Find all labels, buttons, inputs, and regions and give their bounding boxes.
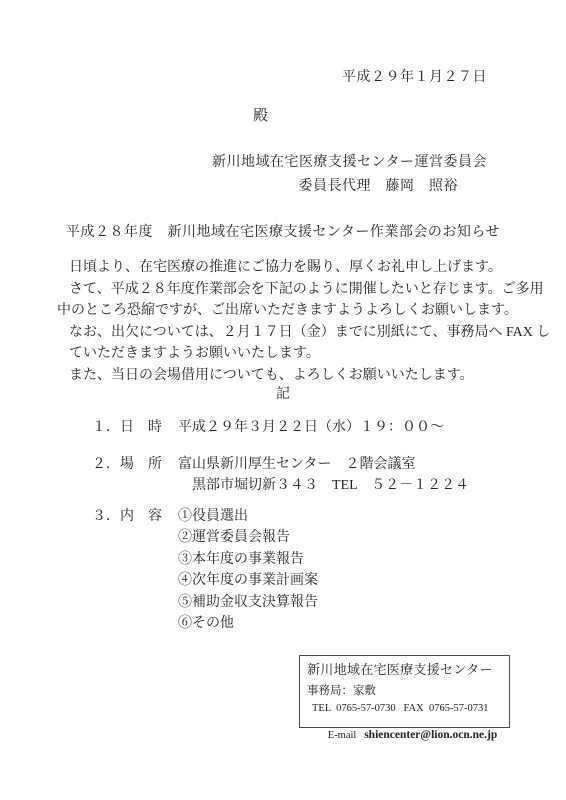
item-datetime: １．日 時 平成２９年３月２２日（水）１９：００～ — [92, 417, 469, 439]
email-label: E-mail — [328, 730, 364, 741]
agenda-line: ②運営委員会報告 — [178, 527, 318, 549]
body-line: 日頃より、在宅医療の推進にご協力を賜り、厚くお礼申し上げます。 — [57, 257, 550, 279]
body-line: なお、出欠については、２月１７日（金）までに別紙にて、事務局へ FAX し — [57, 322, 550, 344]
document-title: 平成２８年度 新川地域在宅医療支援センター作業部会のお知らせ — [0, 221, 566, 241]
contact-office: 事務局：家敷 — [307, 682, 505, 698]
item-content: ①役員選出 ②運営委員会報告 ③本年度の事業報告 ④次年度の事業計画案 ⑤補助金… — [178, 506, 318, 635]
agenda-line: ⑥その他 — [178, 613, 318, 635]
sender-person: 委員長代理 藤岡 照裕 — [299, 175, 459, 195]
item-label: ２．場 所 — [92, 454, 178, 476]
agenda-line: ①役員選出 — [178, 506, 318, 528]
date-line: 平成２９年１月２７日 — [342, 66, 487, 86]
item-content: 平成２９年３月２２日（水）１９：００～ — [178, 417, 444, 439]
agenda-line: ④次年度の事業計画案 — [178, 570, 318, 592]
contact-organization: 新川地域在宅医療支援センター — [307, 659, 505, 678]
item-label: １．日 時 — [92, 417, 178, 439]
agenda-line: ③本年度の事業報告 — [178, 549, 318, 571]
item-content-line: 平成２９年３月２２日（水）１９：００～ — [178, 417, 444, 439]
record-mark: 記 — [0, 383, 566, 403]
contact-tel-fax: TEL 0765-57-0730 FAX 0765-57-0731 — [307, 703, 505, 714]
body-line: さて、平成２８年度作業部会を下記のように開催したいと存じます。ご多用 — [57, 279, 550, 301]
item-location: ２．場 所 富山県新川厚生センター ２階会議室 黒部市堀切新３４３ TEL ５２… — [92, 454, 469, 497]
item-content-line: 黒部市堀切新３４３ TEL ５２－１２２４ — [178, 475, 469, 497]
letter-page: 平成２９年１月２７日 殿 新川地域在宅医療支援センター運営委員会 委員長代理 藤… — [0, 0, 566, 800]
item-content-line: 富山県新川厚生センター ２階会議室 — [178, 454, 469, 476]
item-content: 富山県新川厚生センター ２階会議室 黒部市堀切新３４３ TEL ５２－１２２４ — [178, 454, 469, 497]
addressee-suffix: 殿 — [253, 104, 268, 125]
body-line: 中のところ恐縮ですが、ご出席いただきますようよろしくお願いします。 — [57, 300, 550, 322]
meeting-details: １．日 時 平成２９年３月２２日（水）１９：００～ ２．場 所 富山県新川厚生セ… — [92, 417, 469, 635]
item-agenda: ３．内 容 ①役員選出 ②運営委員会報告 ③本年度の事業報告 ④次年度の事業計画… — [92, 506, 469, 635]
item-label: ３．内 容 — [92, 506, 178, 528]
sender-organization: 新川地域在宅医療支援センター運営委員会 — [212, 151, 487, 171]
email-address: shiencenter@lion.ocn.ne.jp — [364, 729, 497, 741]
contact-box: 新川地域在宅医療支援センター 事務局：家敷 TEL 0765-57-0730 F… — [299, 655, 510, 728]
contact-email-line: E-mail shiencenter@lion.ocn.ne.jp — [307, 718, 505, 752]
body-line: ていただきますようお願いいたします。 — [57, 343, 550, 365]
agenda-line: ⑤補助金収支決算報告 — [178, 592, 318, 614]
body-paragraphs: 日頃より、在宅医療の推進にご協力を賜り、厚くお礼申し上げます。 さて、平成２８年… — [57, 257, 550, 386]
